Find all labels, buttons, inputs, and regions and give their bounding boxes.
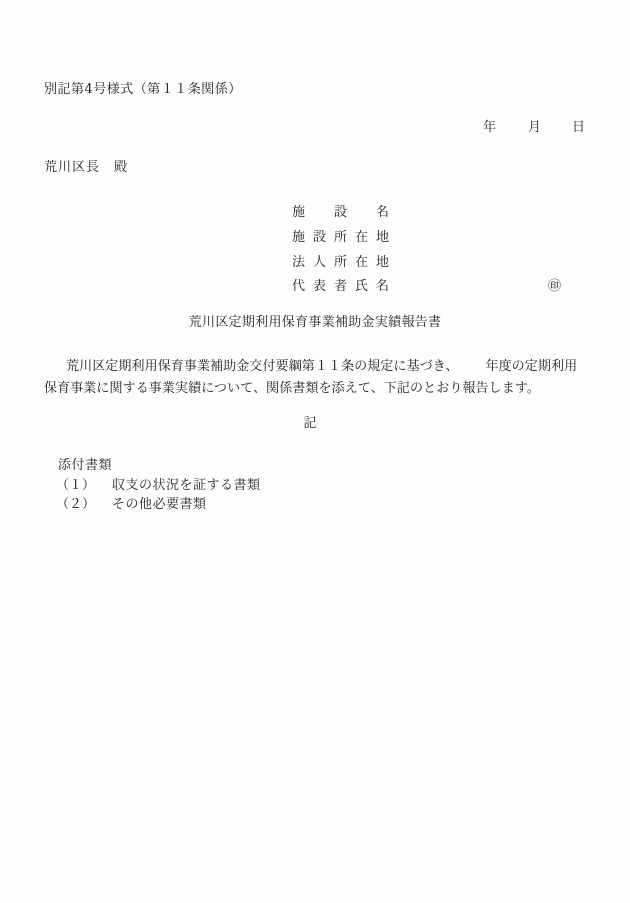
attachment-item: （１）収支の状況を証する書類 [56, 479, 261, 492]
addressee: 荒川区長 殿 [44, 161, 128, 174]
body-line-1: 荒川区定期利用保育事業補助金交付要綱第１１条の規定に基づき、年度の定期利用 [44, 360, 604, 382]
signer-fields-block: 施 設 名 施設所在地 法人所在地 代表者氏名 ㊞ [292, 206, 397, 305]
attachment-item-text: その他必要書類 [112, 497, 207, 512]
attachments-heading: 添付書類 [58, 459, 112, 472]
form-number: 別記第4号様式（第１１条関係） [44, 83, 242, 96]
attachment-item-text: 収支の状況を証する書類 [112, 478, 261, 493]
representative-name-label: 代表者氏名 [292, 279, 397, 294]
field-corporation-address: 法人所在地 [292, 256, 397, 281]
field-representative-name: 代表者氏名 ㊞ [292, 280, 397, 305]
facility-name-label: 施 設 名 [292, 205, 397, 220]
corporation-address-label: 法人所在地 [292, 255, 397, 270]
month-label: 月 [528, 120, 541, 135]
attachment-item-number: （２） [56, 498, 112, 511]
report-form-page: 別記第4号様式（第１１条関係） 年月日 荒川区長 殿 施 設 名 施設所在地 法… [0, 0, 630, 903]
attachment-item: （２）その他必要書類 [56, 498, 207, 511]
date-line: 年月日 [483, 121, 585, 134]
attachment-item-number: （１） [56, 479, 112, 492]
fiscal-year-blank-field [458, 369, 485, 370]
document-title: 荒川区定期利用保育事業補助金実績報告書 [0, 316, 630, 329]
body-paragraph: 荒川区定期利用保育事業補助金交付要綱第１１条の規定に基づき、年度の定期利用 保育… [44, 360, 604, 405]
year-label: 年 [483, 120, 496, 135]
facility-address-label: 施設所在地 [292, 230, 397, 245]
body-line-1-before-blank: 荒川区定期利用保育事業補助金交付要綱第１１条の規定に基づき、 [66, 359, 458, 374]
seal-mark-icon: ㊞ [548, 280, 561, 293]
body-line-2: 保育事業に関する事業実績について、関係書類を添えて、下記のとおり報告します。 [44, 382, 604, 404]
field-facility-address: 施設所在地 [292, 231, 397, 256]
day-label: 日 [572, 120, 585, 135]
body-line-1-after-blank: 年度の定期利用 [485, 359, 577, 374]
record-marker: 記 [0, 417, 620, 430]
field-facility-name: 施 設 名 [292, 206, 397, 231]
